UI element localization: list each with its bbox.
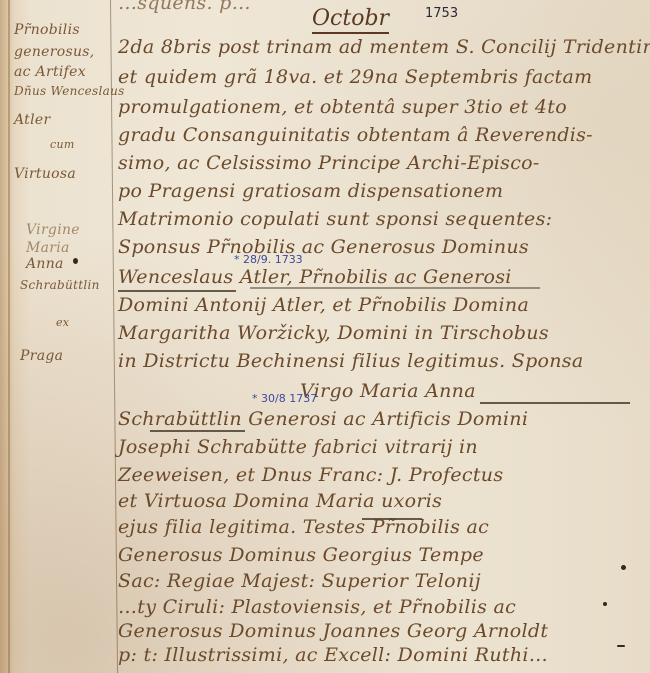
margin-line: Virgine xyxy=(26,222,80,238)
name-underline xyxy=(480,402,630,404)
ink-blot xyxy=(73,258,78,264)
margin-line: generosus, xyxy=(14,44,95,60)
text-line: gradu Consanguinitatis obtentam â Revere… xyxy=(118,124,593,146)
text-line: et quidem grã 18va. et 29na Septembris f… xyxy=(118,66,592,88)
margin-line: Schrabüttlin xyxy=(20,278,100,292)
text-line: in Districtu Bechinensi filius legitimus… xyxy=(118,350,583,372)
margin-line: Virtuosa xyxy=(14,166,76,182)
text-line: po Pragensi gratiosam dispensationem xyxy=(118,180,503,202)
testes-underline xyxy=(362,518,422,520)
text-line: Josephi Schrabütte fabrici vitrarij in xyxy=(118,436,478,458)
ink-mark xyxy=(617,645,625,647)
margin-line: Maria xyxy=(26,240,70,256)
binding-gutter xyxy=(8,0,10,673)
text-line: Generosus Dominus Georgius Tempe xyxy=(118,544,484,566)
margin-line: ex xyxy=(56,316,69,329)
birthdate-annotation-bride: * 30/8 1737 xyxy=(252,392,317,405)
ruled-line xyxy=(250,287,540,289)
text-line: et Virtuosa Domina Maria uxoris xyxy=(118,490,442,512)
name-underline xyxy=(118,290,236,292)
text-line: Sac: Regiae Majest: Superior Telonij xyxy=(118,570,481,592)
ink-blot xyxy=(621,565,626,570)
text-line: Margaritha Woržicky, Domini in Tirschobu… xyxy=(118,322,549,344)
text-line: …ty Ciruli: Plastoviensis, et Pr̃nobilis… xyxy=(118,596,516,618)
birthdate-annotation-groom: * 28/9. 1733 xyxy=(234,253,303,266)
text-line: p: t: Illustrissimi, ac Excell: Domini R… xyxy=(118,644,548,666)
text-line: simo, ac Celsissimo Principe Archi-Episc… xyxy=(118,152,540,174)
margin-line: Anna xyxy=(26,256,64,272)
top-cut-text: …sq̃uens. p… xyxy=(118,0,251,14)
margin-line: Praga xyxy=(20,348,63,364)
ink-blot xyxy=(603,602,607,606)
text-line: Matrimonio copulati sunt sponsi sequente… xyxy=(118,208,552,230)
text-line: Schrabüttlin Generosi ac Artificis Domin… xyxy=(118,408,528,430)
margin-line: cum xyxy=(50,138,75,151)
month-heading: Octobr xyxy=(312,6,389,34)
text-line: Virgo Maria Anna xyxy=(300,380,476,402)
text-line: Sponsus Pr̃nobilis ac Generosus Dominus xyxy=(118,236,529,258)
text-line: promulgationem, et obtentâ super 3tio et… xyxy=(118,96,567,118)
margin-line: Pr̃nobilis xyxy=(14,22,80,38)
text-line: ejus filia legitima. Testes Pr̃nobilis a… xyxy=(118,516,489,538)
margin-line: Atler xyxy=(14,112,50,128)
text-line: Domini Antonij Atler, et Pr̃nobilis Domi… xyxy=(118,294,529,316)
margin-line: ac Artifex xyxy=(14,64,86,80)
manuscript-page: …sq̃uens. p… Octobr 1753 Pr̃nobilis gene… xyxy=(0,0,650,673)
text-line: Wenceslaus Atler, Pr̃nobilis ac Generosi xyxy=(118,266,512,288)
name-underline xyxy=(150,430,245,432)
text-line: 2da 8bris post trinam ad mentem S. Conci… xyxy=(118,36,650,58)
margin-line: Dñus Wenceslaus xyxy=(14,84,125,98)
text-line: Zeeweisen, et Dnus Franc: J. Profectus xyxy=(118,464,503,486)
year-annotation: 1753 xyxy=(425,6,458,21)
text-line: Generosus Dominus Joannes Georg Arnoldt xyxy=(118,620,548,642)
margin-column-rule xyxy=(110,0,118,673)
